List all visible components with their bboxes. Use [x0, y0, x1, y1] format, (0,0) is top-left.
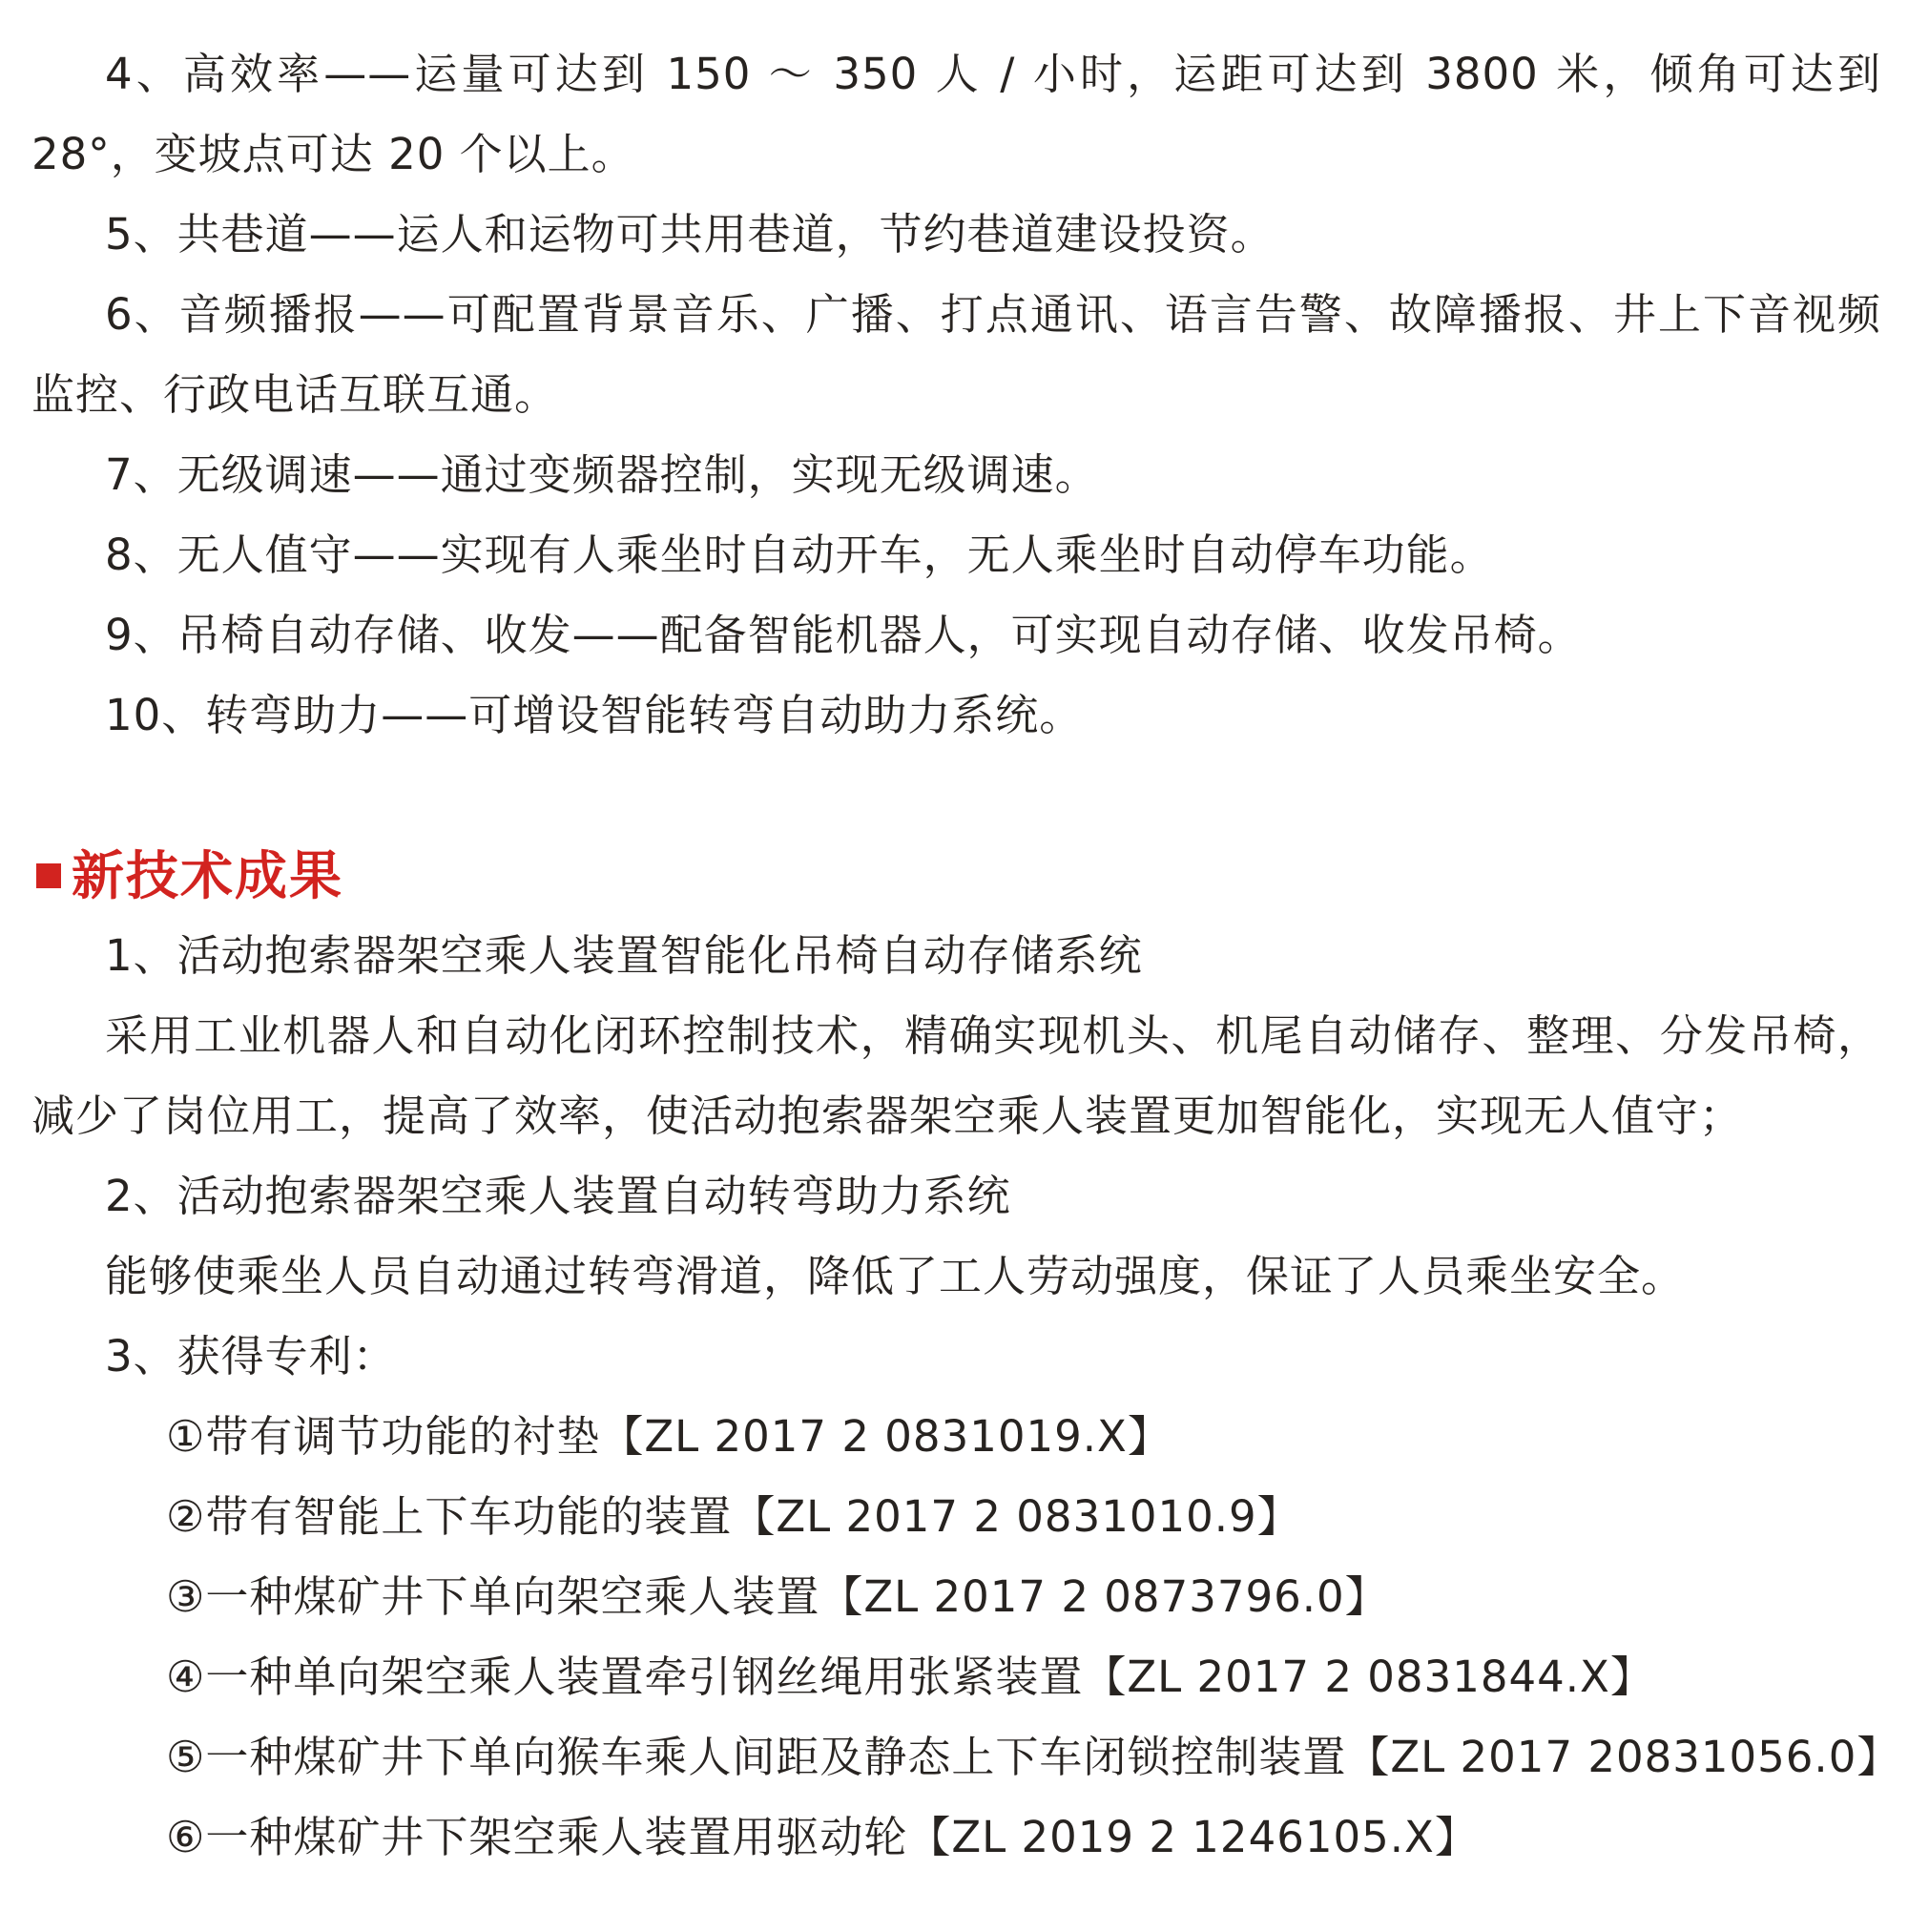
feature-paragraph-10: 10、转弯助力——可增设智能转弯自动助力系统。	[31, 675, 1881, 756]
tech-paragraph-3-patents-label: 3、获得专利：	[31, 1317, 1881, 1397]
patent-item-4: ④一种单向架空乘人装置牵引钢丝绳用张紧装置【ZL 2017 2 0831844.…	[31, 1637, 1881, 1717]
document-page: 4、高效率——运量可达到 150 ～ 350 人 / 小时，运距可达到 3800…	[0, 0, 1908, 1932]
tech-paragraph-1: 1、活动抱索器架空乘人装置智能化吊椅自动存储系统	[31, 916, 1881, 996]
feature-paragraph-9: 9、吊椅自动存储、收发——配备智能机器人，可实现自动存储、收发吊椅。	[31, 595, 1881, 675]
section-title: 新技术成果	[72, 836, 343, 916]
patent-item-2: ②带有智能上下车功能的装置【ZL 2017 2 0831010.9】	[31, 1477, 1881, 1557]
feature-paragraph-6: 6、音频播报——可配置背景音乐、广播、打点通讯、语言告警、故障播报、井上下音视频…	[31, 275, 1881, 435]
section-heading: 新技术成果	[31, 836, 1881, 916]
patent-item-5: ⑤一种煤矿井下单向猴车乘人间距及静态上下车闭锁控制装置【ZL 2017 2083…	[31, 1717, 1881, 1797]
patent-item-6: ⑥一种煤矿井下架空乘人装置用驱动轮【ZL 2019 2 1246105.X】	[31, 1797, 1881, 1878]
square-bullet-icon	[36, 863, 61, 888]
tech-paragraph-1-detail: 采用工业机器人和自动化闭环控制技术，精确实现机头、机尾自动储存、整理、分发吊椅，…	[31, 996, 1881, 1156]
tech-paragraph-2-detail: 能够使乘坐人员自动通过转弯滑道，降低了工人劳动强度，保证了人员乘坐安全。	[31, 1236, 1881, 1317]
patent-item-1: ①带有调节功能的衬垫【ZL 2017 2 0831019.X】	[31, 1397, 1881, 1477]
feature-paragraph-8: 8、无人值守——实现有人乘坐时自动开车，无人乘坐时自动停车功能。	[31, 515, 1881, 595]
feature-paragraph-5: 5、共巷道——运人和运物可共用巷道，节约巷道建设投资。	[31, 195, 1881, 275]
patent-item-3: ③一种煤矿井下单向架空乘人装置【ZL 2017 2 0873796.0】	[31, 1557, 1881, 1637]
tech-paragraph-2: 2、活动抱索器架空乘人装置自动转弯助力系统	[31, 1156, 1881, 1236]
feature-paragraph-7: 7、无级调速——通过变频器控制，实现无级调速。	[31, 435, 1881, 515]
feature-paragraph-4: 4、高效率——运量可达到 150 ～ 350 人 / 小时，运距可达到 3800…	[31, 34, 1881, 195]
